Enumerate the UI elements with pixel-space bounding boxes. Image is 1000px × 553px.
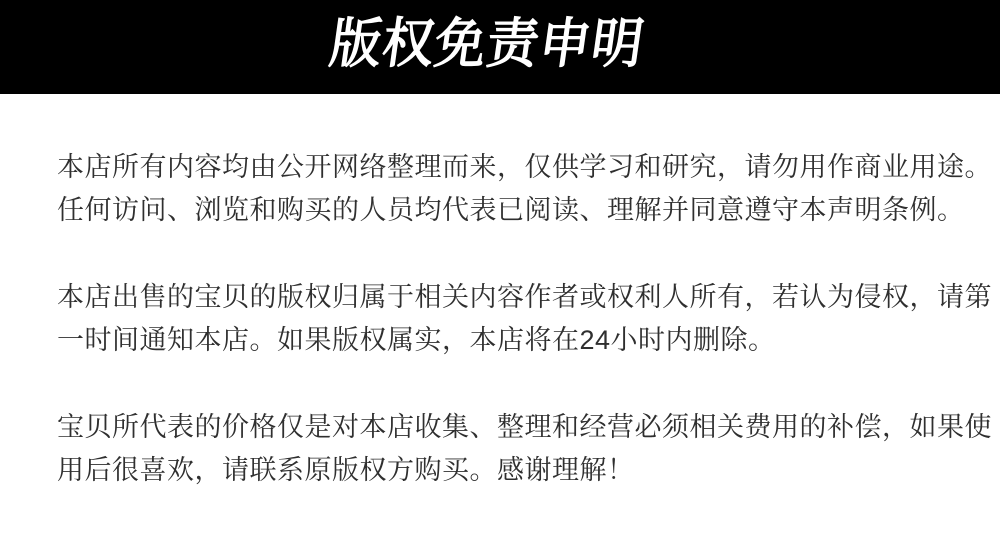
disclaimer-paragraph-sources: 本店所有内容均由公开网络整理而来，仅供学习和研究，请勿用作商业用途。 任何访问、…: [57, 146, 950, 232]
paragraph-line: 本店出售的宝贝的版权归属于相关内容作者或权利人所有，若认为侵权，请第: [57, 276, 950, 319]
paragraph-line: 本店所有内容均由公开网络整理而来，仅供学习和研究，请勿用作商业用途。: [57, 146, 950, 189]
paragraph-line: 宝贝所代表的价格仅是对本店收集、整理和经营必须相关费用的补偿，如果使: [57, 406, 950, 449]
paragraph-line: 任何访问、浏览和购买的人员均代表已阅读、理解并同意遵守本声明条例。: [57, 189, 950, 232]
page-title: 版权免责申明: [326, 17, 648, 77]
disclaimer-paragraph-copyright: 本店出售的宝贝的版权归属于相关内容作者或权利人所有，若认为侵权，请第 一时间通知…: [57, 276, 950, 362]
paragraph-line: 一时间通知本店。如果版权属实，本店将在24小时内删除。: [57, 319, 950, 362]
disclaimer-page: 版权免责申明 本店所有内容均由公开网络整理而来，仅供学习和研究，请勿用作商业用途…: [0, 0, 1000, 553]
paragraph-line: 用后很喜欢，请联系原版权方购买。感谢理解！: [57, 449, 950, 492]
disclaimer-body: 本店所有内容均由公开网络整理而来，仅供学习和研究，请勿用作商业用途。 任何访问、…: [0, 94, 1000, 492]
header-banner: 版权免责申明: [0, 0, 1000, 94]
disclaimer-paragraph-pricing: 宝贝所代表的价格仅是对本店收集、整理和经营必须相关费用的补偿，如果使 用后很喜欢…: [57, 406, 950, 492]
